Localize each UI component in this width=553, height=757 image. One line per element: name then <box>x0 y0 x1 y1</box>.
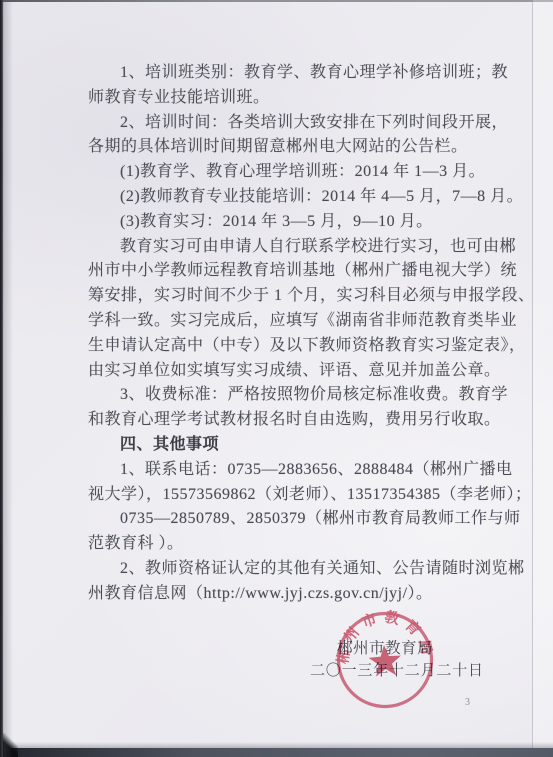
scan-edge-bottom <box>0 748 553 757</box>
scan-edge-top <box>0 0 553 2</box>
text-line: 1、联系电话：0735—2883656、2888484（郴州广播电 <box>88 458 472 483</box>
text-line: 视大学），15573569862（刘老师）、13517354385（李老师）； <box>88 483 472 508</box>
page-number: 3 <box>465 697 470 708</box>
document-body: 1、培训班类别：教育学、教育心理学补修培训班；教 师教育专业技能培训班。 2、培… <box>88 61 472 607</box>
scanned-page: 1、培训班类别：教育学、教育心理学补修培训班；教 师教育专业技能培训班。 2、培… <box>0 0 553 750</box>
text-line: 各期的具体培训时间期留意郴州电大网站的公告栏。 <box>88 135 472 160</box>
text-line: 0735—2850789、2850379（郴州市教育局教师工作与师 <box>88 507 472 532</box>
text-line: 筹安排，实习时间不少于 1 个月，实习科目必须与申报学段、 <box>88 284 472 309</box>
seal-star-icon <box>368 644 402 677</box>
text-line: 师教育专业技能培训班。 <box>88 86 472 111</box>
text-line: 2、培训时间：各类培训大致安排在下列时间段开展， <box>88 111 472 136</box>
text-line: 1、培训班类别：教育学、教育心理学补修培训班；教 <box>88 61 472 86</box>
text-line: 学科一致。实习完成后，应填写《湖南省非师范教育类毕业 <box>88 309 472 334</box>
text-line: 州市中小学教师远程教育培训基地（郴州广播电视大学）统 <box>88 259 472 284</box>
text-line: 生申请认定高中（中专）及以下教师资格教育实习鉴定表》， <box>88 334 472 359</box>
text-line: 和教育心理学考试教材报名时自由选购，费用另行收取。 <box>88 408 472 433</box>
section-heading: 四、其他事项 <box>88 433 472 458</box>
text-line: (3)教育实习：2014 年 3—5 月，9—10 月。 <box>88 210 472 235</box>
text-line: (1)教育学、教育心理学培训班：2014 年 1—3 月。 <box>88 160 472 185</box>
text-line: 由实习单位如实填写实习成绩、评语、意见并加盖公章。 <box>88 359 472 384</box>
scan-edge-left-shadow <box>4 0 13 757</box>
page-fold-highlight <box>533 0 553 748</box>
text-line: 3、收费标准：严格按照物价局核定标准收费。教育学 <box>88 383 472 408</box>
text-line: 范教育科 ）。 <box>88 532 472 557</box>
text-line: 2、教师资格证认定的其他有关通知、公告请随时浏览郴 <box>88 557 472 582</box>
official-seal: 郴州市教育局 <box>321 596 449 724</box>
text-line: 教育实习可由申请人自行联系学校进行实习，也可由郴 <box>88 235 472 260</box>
text-line: (2)教师教育专业技能培训：2014 年 4—5 月，7—8 月。 <box>88 185 472 210</box>
